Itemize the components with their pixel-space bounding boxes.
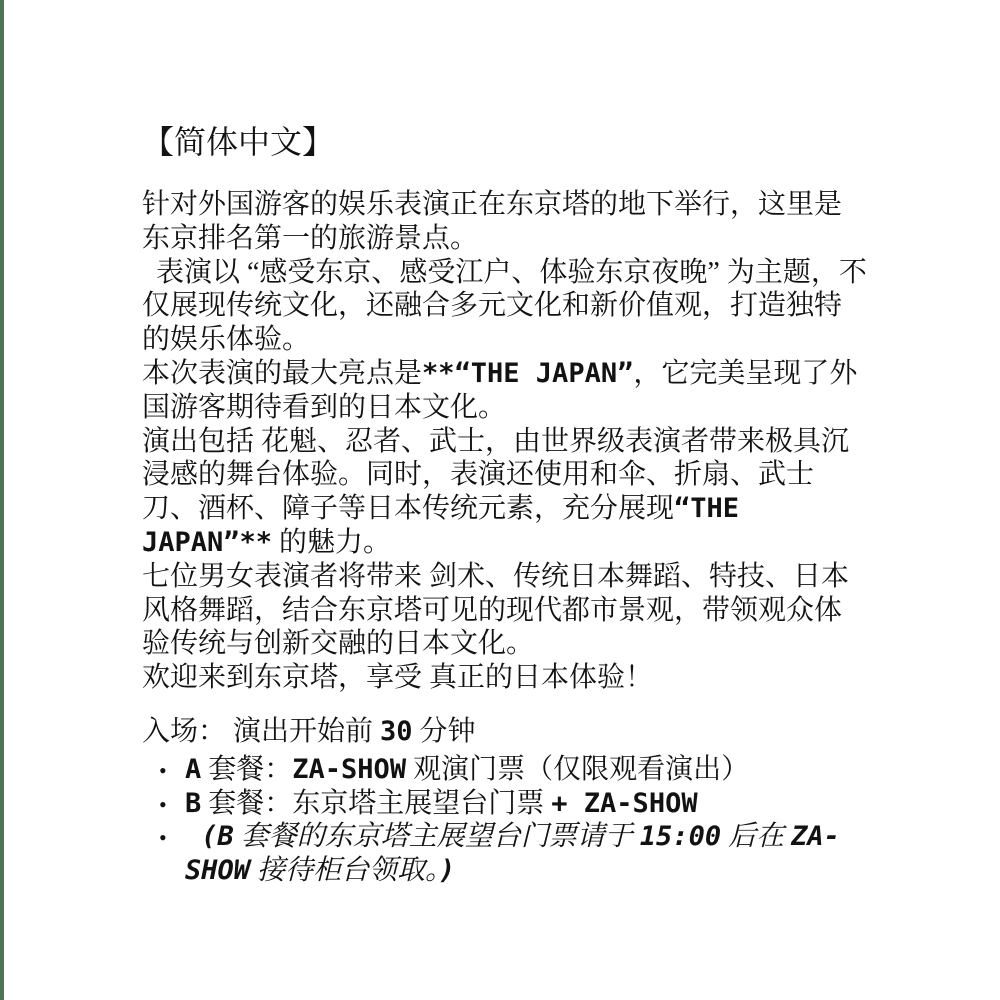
bullet-icon: • — [159, 821, 167, 855]
text-run: 套餐： — [201, 754, 292, 785]
text-run-minutes: 30 — [380, 716, 413, 747]
bullet-icon: • — [159, 788, 167, 822]
text-run: 观演门票（仅限观看演出） — [406, 754, 749, 785]
text-run: 接待柜台领取。 — [250, 855, 439, 886]
text-run: 欢迎来到东京塔，享受 真正的日本体验！ — [142, 662, 653, 693]
text-run-za-show: ZA-SHOW — [292, 754, 406, 785]
paragraph-theme: 表演以 “感受东京、感受江户、体验东京夜晚” 为主题，不仅展现传统文化，还融合多… — [142, 256, 869, 357]
paragraph-welcome: 欢迎来到东京塔，享受 真正的日本体验！ — [142, 661, 869, 695]
text-run-close-paren: ) — [439, 855, 455, 886]
text-run-time: 15:00 — [640, 821, 721, 852]
left-edge-strip — [0, 0, 4, 1000]
text-run: 的魅力。 — [272, 527, 391, 558]
package-list: •A 套餐：ZA-SHOW 观演门票（仅限观看演出） •B 套餐：东京塔主展望台… — [142, 753, 869, 888]
admission-line: 入场： 演出开始前 30 分钟 — [142, 715, 869, 749]
package-b-note-item: • (B 套餐的东京塔主展望台门票请于 15:00 后在 ZA-SHOW 接待柜… — [142, 820, 869, 888]
text-run-the-japan: **“THE JAPAN” — [422, 358, 633, 389]
text-run-package-a-letter: A — [185, 754, 201, 785]
text-run: 分钟 — [413, 716, 476, 747]
document-page: 【简体中文】 针对外国游客的娱乐表演正在东京塔的地下举行，这里是东京排名第一的旅… — [142, 121, 869, 888]
paragraph-performers: 七位男女表演者将带来 剑术、传统日本舞蹈、特技、日本风格舞蹈，结合东京塔可见的现… — [142, 560, 869, 661]
bullet-icon: • — [159, 754, 167, 788]
paragraph-highlight: 本次表演的最大亮点是**“THE JAPAN”，它完美呈现了外国游客期待看到的日… — [142, 357, 869, 425]
paragraph-intro: 针对外国游客的娱乐表演正在东京塔的地下举行，这里是东京排名第一的旅游景点。 — [142, 188, 869, 256]
text-run: 针对外国游客的娱乐表演正在东京塔的地下举行，这里是东京排名第一的旅游景点。 — [142, 189, 842, 254]
text-run-package-b-letter: B — [185, 788, 201, 819]
text-run-za-show: + ZA-SHOW — [551, 788, 697, 819]
text-run: 入场： 演出开始前 — [142, 716, 380, 747]
document-title: 【简体中文】 — [142, 121, 869, 163]
text-run: 七位男女表演者将带来 剑术、传统日本舞蹈、特技、日本风格舞蹈，结合东京塔可见的现… — [142, 561, 849, 660]
paragraph-performance: 演出包括 花魁、忍者、武士，由世界级表演者带来极具沉浸感的舞台体验。同时，表演还… — [142, 425, 869, 560]
text-run: 后在 — [721, 821, 791, 852]
text-run: 套餐的东京塔主展望台门票请于 — [234, 821, 640, 852]
text-run: 本次表演的最大亮点是 — [142, 358, 422, 389]
text-run: 套餐：东京塔主展望台门票 — [201, 788, 551, 819]
package-a-item: •A 套餐：ZA-SHOW 观演门票（仅限观看演出） — [142, 753, 869, 787]
text-run-open-paren: (B — [185, 821, 234, 852]
package-b-item: •B 套餐：东京塔主展望台门票 + ZA-SHOW — [142, 787, 869, 821]
text-run: 表演以 “感受东京、感受江户、体验东京夜晚” 为主题，不仅展现传统文化，还融合多… — [142, 257, 867, 356]
